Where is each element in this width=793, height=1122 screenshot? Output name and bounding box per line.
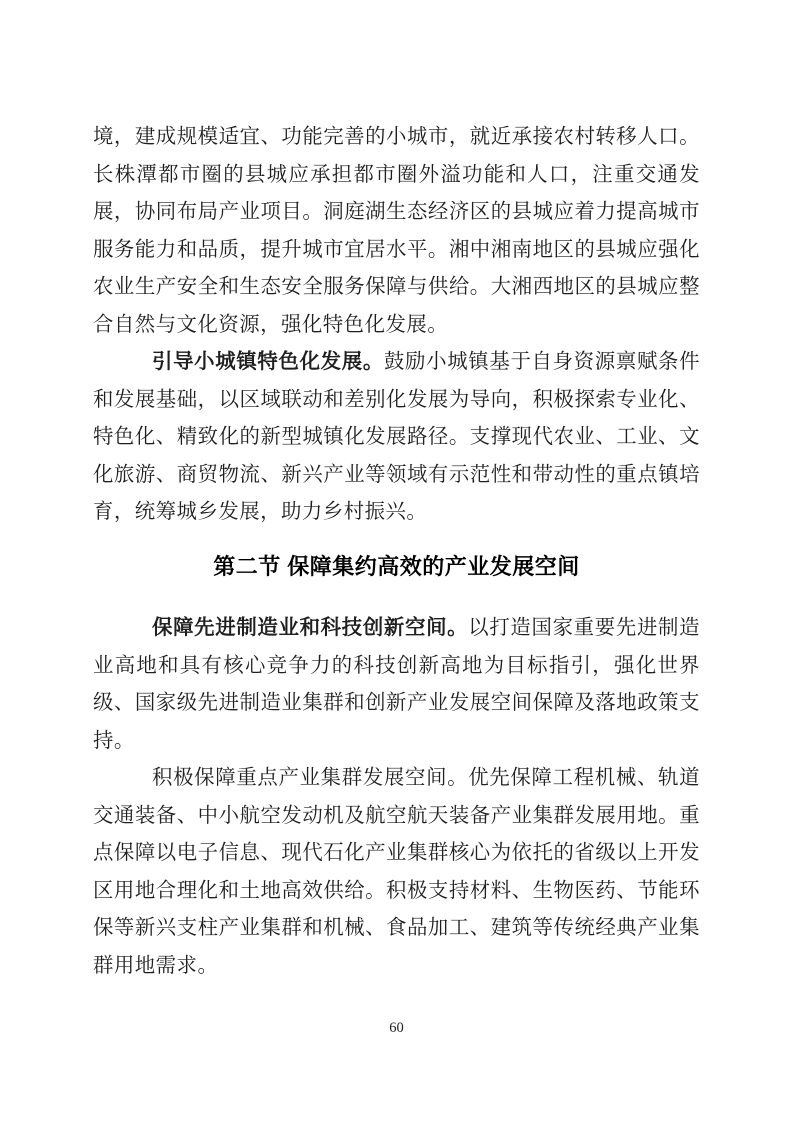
paragraph-small-towns: 引导小城镇特色化发展。鼓励小城镇基于自身资源禀赋条件和发展基础，以区域联动和差别… (93, 344, 700, 532)
paragraph-manufacturing-innovation: 保障先进制造业和科技创新空间。以打造国家重要先进制造业高地和具有核心竞争力的科技… (93, 610, 700, 760)
paragraph-lead-bold: 引导小城镇特色化发展。 (152, 351, 384, 373)
document-page: 境，建成规模适宜、功能完善的小城市，就近承接农村转移人口。长株潭都市圈的县城应承… (0, 0, 793, 1122)
paragraph-county-towns-continuation: 境，建成规模适宜、功能完善的小城市，就近承接农村转移人口。长株潭都市圈的县城应承… (93, 119, 700, 344)
page-number: 60 (0, 1020, 793, 1037)
section-heading: 第二节 保障集约高效的产业发展空间 (93, 548, 700, 586)
paragraph-text: 鼓励小城镇基于自身资源禀赋条件和发展基础，以区域联动和差别化发展为导向，积极探索… (93, 351, 700, 523)
paragraph-text: 积极保障重点产业集群发展空间。优先保障工程机械、轨道交通装备、中小航空发动机及航… (93, 767, 700, 977)
paragraph-lead-bold: 保障先进制造业和科技创新空间。 (152, 617, 468, 639)
paragraph-industry-clusters: 积极保障重点产业集群发展空间。优先保障工程机械、轨道交通装备、中小航空发动机及航… (93, 760, 700, 985)
paragraph-text: 境，建成规模适宜、功能完善的小城市，就近承接农村转移人口。长株潭都市圈的县城应承… (93, 126, 700, 336)
